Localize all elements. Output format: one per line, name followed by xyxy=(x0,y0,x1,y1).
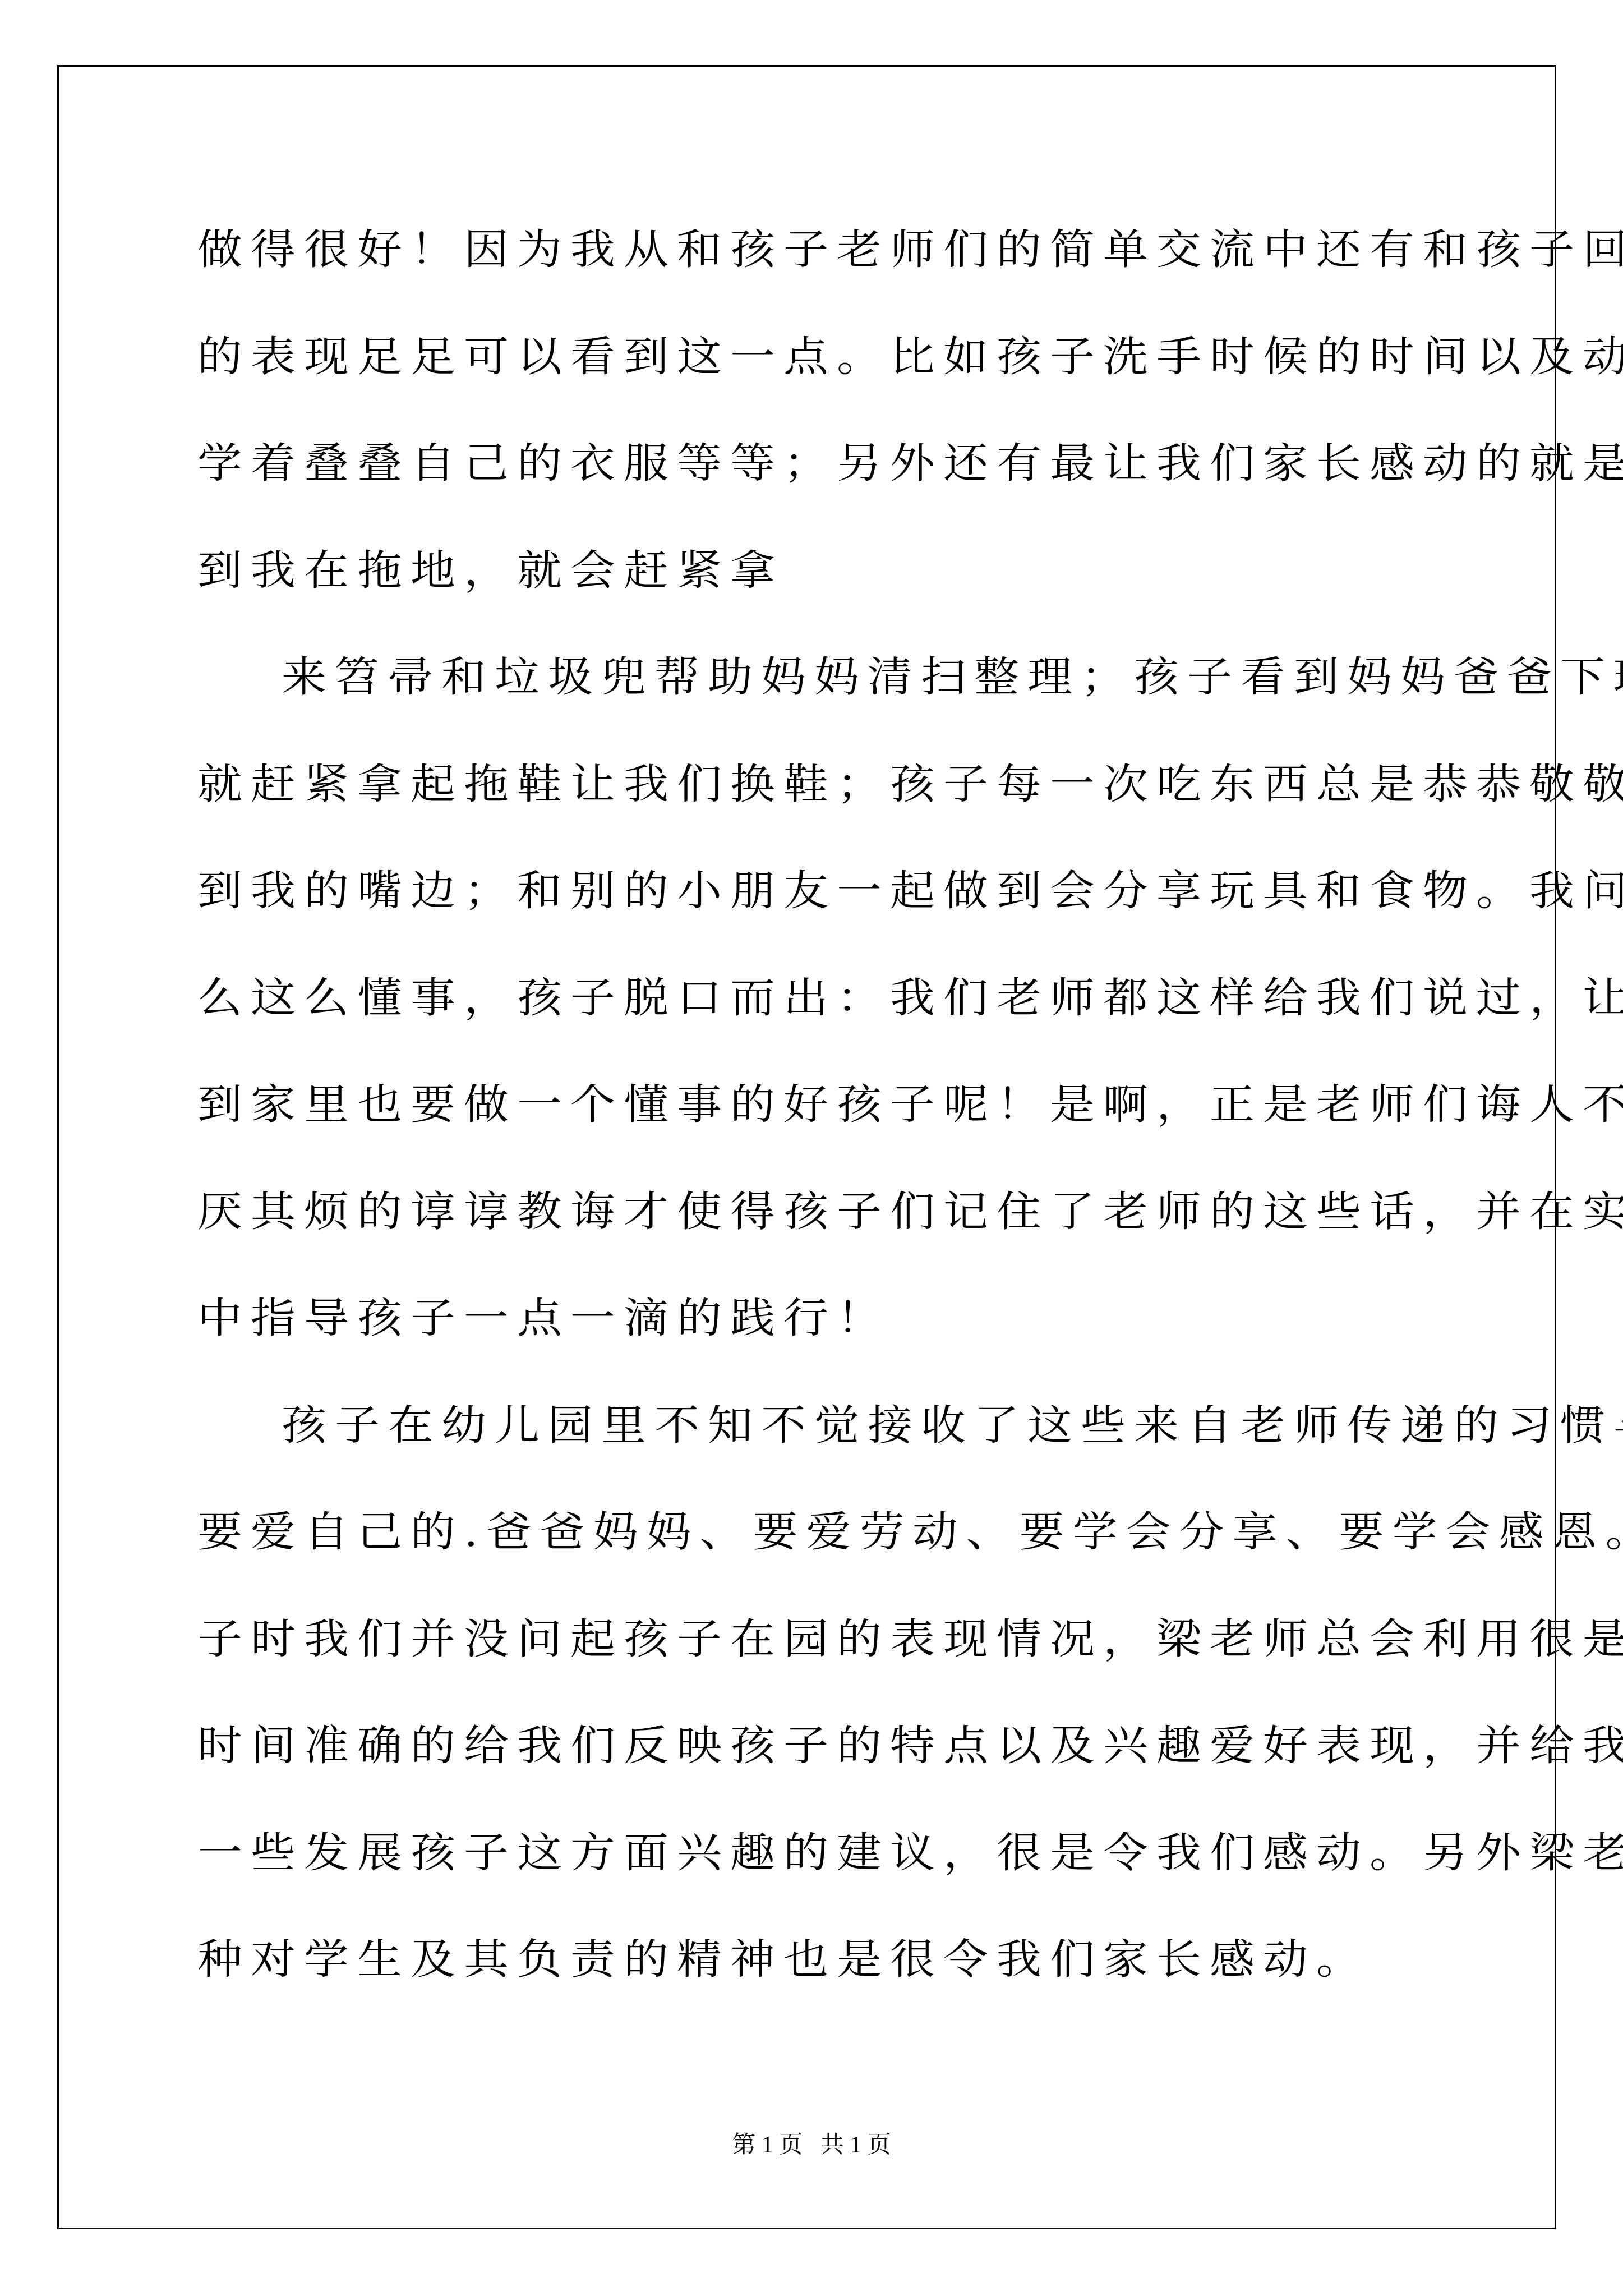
text-line: 子时我们并没问起孩子在园的表现情况，梁老师总会利用很是短暂的 xyxy=(197,1590,1454,1688)
page-number-footer: 第 1 页 共 1 页 xyxy=(0,2129,1623,2161)
text-line: 时间准确的给我们反映孩子的特点以及兴趣爱好表现，并给我们提出 xyxy=(197,1697,1454,1795)
text-line-indented: 孩子在幼儿园里不知不觉接收了这些来自老师传递的习惯与品质： xyxy=(197,1376,1454,1474)
document-body: 做得很好！因为我从和孩子老师们的简单交流中还有和孩子回到家里 的表现足足可以看到… xyxy=(197,196,1454,2013)
text-line: 种对学生及其负责的精神也是很令我们家长感动。 xyxy=(197,1911,1454,2009)
text-line: 要爱自己的.爸爸妈妈、要爱劳动、要学会分享、要学会感恩。去接孩 xyxy=(197,1483,1454,1581)
text-line: 学着叠叠自己的衣服等等；另外还有最让我们家长感动的就是孩子看 xyxy=(197,415,1454,513)
paragraph-1: 做得很好！因为我从和孩子老师们的简单交流中还有和孩子回到家里 的表现足足可以看到… xyxy=(197,196,1454,624)
text-line: 到我在拖地，就会赶紧拿 xyxy=(197,521,1454,619)
text-line: 就赶紧拿起拖鞋让我们换鞋；孩子每一次吃东西总是恭恭敬敬的先递 xyxy=(197,735,1454,833)
text-line: 到我的嘴边；和别的小朋友一起做到会分享玩具和食物。我问孩子怎 xyxy=(197,842,1454,940)
text-line: 一些发展孩子这方面兴趣的建议，很是令我们感动。另外梁老师的那 xyxy=(197,1803,1454,1902)
text-line: 做得很好！因为我从和孩子老师们的简单交流中还有和孩子回到家里 xyxy=(197,201,1454,299)
text-line: 的表现足足可以看到这一点。比如孩子洗手时候的时间以及动作要求、 xyxy=(197,307,1454,406)
text-line: 到家里也要做一个懂事的好孩子呢！是啊，正是老师们诲人不倦、不 xyxy=(197,1056,1454,1154)
text-line: 中指导孩子一点一滴的践行！ xyxy=(197,1269,1454,1368)
paragraph-2: 来笤帚和垃圾兜帮助妈妈清扫整理；孩子看到妈妈爸爸下班回来 就赶紧拿起拖鞋让我们换… xyxy=(197,624,1454,1372)
text-line: 么这么懂事，孩子脱口而出：我们老师都这样给我们说过，让我们回 xyxy=(197,949,1454,1047)
text-line-indented: 来笤帚和垃圾兜帮助妈妈清扫整理；孩子看到妈妈爸爸下班回来 xyxy=(197,628,1454,726)
text-line: 厌其烦的谆谆教诲才使得孩子们记住了老师的这些话，并在实际生活 xyxy=(197,1162,1454,1260)
paragraph-3: 孩子在幼儿园里不知不觉接收了这些来自老师传递的习惯与品质： 要爱自己的.爸爸妈妈… xyxy=(197,1372,1454,2013)
